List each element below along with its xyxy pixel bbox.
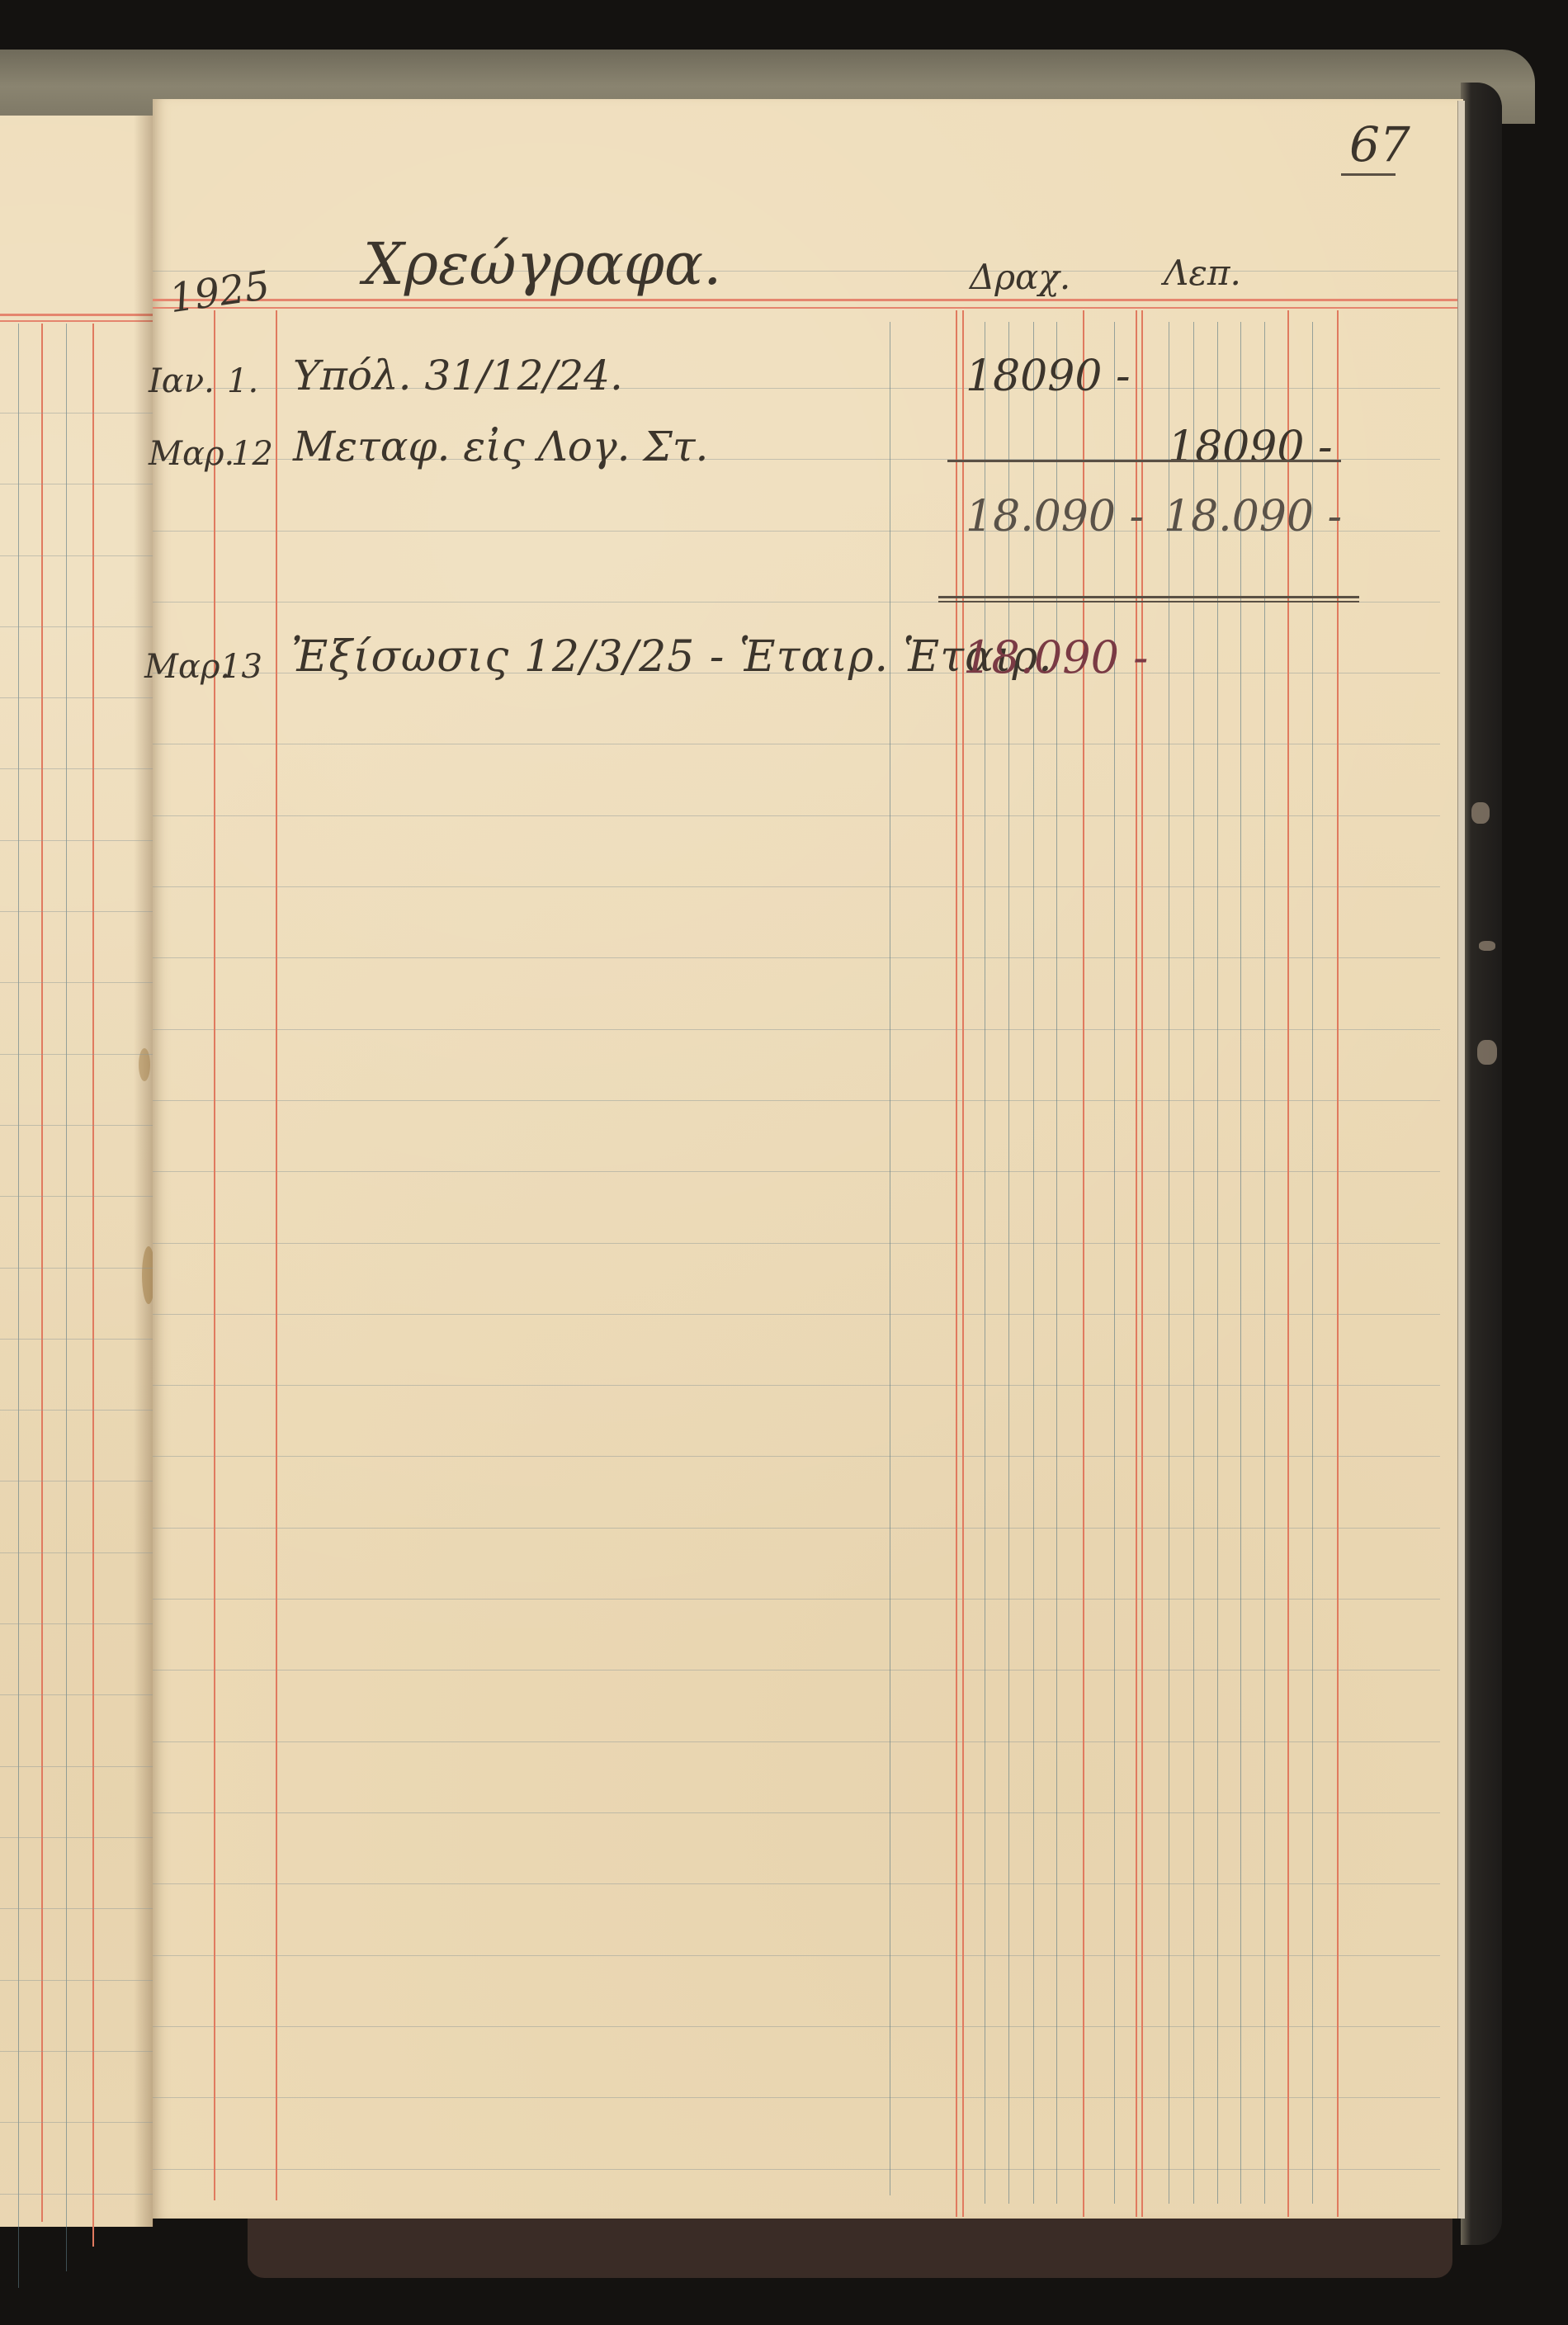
credit-digit-line xyxy=(1169,322,1169,2204)
ledger-row-line xyxy=(153,1456,1440,1457)
page-stack-edge xyxy=(1457,101,1465,2219)
left-page-column-line xyxy=(18,324,19,2288)
ledger-row-line xyxy=(153,815,1440,816)
day-column-line xyxy=(276,310,277,2200)
page-number: 67 xyxy=(1349,121,1410,168)
entry-day: 1. xyxy=(227,365,258,398)
ledger-row-line xyxy=(153,2026,1440,2027)
ledger-row-line xyxy=(0,911,153,912)
ledger-row-line xyxy=(0,2194,153,2195)
cover-wear-mark xyxy=(1479,941,1495,951)
ledger-row-line xyxy=(0,555,153,556)
ledger-row-line xyxy=(0,1694,153,1695)
page-number-underline xyxy=(1341,173,1396,176)
ledger-row-line xyxy=(0,840,153,841)
entry-description: Υπόλ. 31/12/24. xyxy=(293,355,623,396)
total-credit: 18.090 - xyxy=(1164,495,1342,538)
ledger-row-line xyxy=(153,1314,1440,1315)
page-crease-shadow xyxy=(134,116,153,2227)
ledger-row-line xyxy=(153,886,1440,887)
header-guide-line xyxy=(153,271,1463,272)
ledger-row-line xyxy=(153,744,1440,744)
ledger-row-line xyxy=(0,1837,153,1838)
total-debit: 18.090 - xyxy=(966,495,1144,538)
header-red-line xyxy=(153,307,1463,309)
subtotal-rule xyxy=(947,460,1341,462)
credit-digit-line xyxy=(1193,322,1194,2204)
closing-double-rule xyxy=(938,596,1359,598)
debit-lepta-digit-line xyxy=(1114,322,1115,2204)
ledger-row-line xyxy=(0,1980,153,1981)
credit-digit-line xyxy=(1240,322,1241,2204)
ledger-page: 67 1925 Χρεώγραφα. Δραχ. Λεπ. Ιαν. 1. Υπ… xyxy=(153,99,1463,2219)
ledger-row-line xyxy=(0,1339,153,1340)
ledger-row-line xyxy=(153,1883,1440,1884)
left-page-column-line xyxy=(66,324,67,2271)
ledger-row-line xyxy=(153,1812,1440,1813)
stain xyxy=(139,1048,150,1081)
ledger-row-line xyxy=(153,1385,1440,1386)
header-red-line xyxy=(0,320,153,322)
entry-debit-amount: 18090 - xyxy=(966,355,1131,398)
ledger-row-line xyxy=(153,1100,1440,1101)
closing-double-rule xyxy=(938,601,1359,603)
ledger-row-line xyxy=(0,1623,153,1624)
entry-credit-amount: 18090 - xyxy=(1168,426,1333,469)
cover-wear-mark xyxy=(1477,1040,1497,1065)
ledger-row-line xyxy=(153,957,1440,958)
ledger-row-line xyxy=(153,1599,1440,1600)
ledger-row-line xyxy=(153,1670,1440,1671)
ledger-row-line xyxy=(153,1955,1440,1956)
ledger-row-line xyxy=(0,1268,153,1269)
debit-digit-line xyxy=(1008,322,1009,2204)
left-page-column-line xyxy=(41,324,43,2222)
ledger-row-line xyxy=(0,1481,153,1481)
description-column-line xyxy=(890,322,890,2195)
ledger-row-line xyxy=(153,1741,1440,1742)
drachmas-column-header: Δραχ. xyxy=(970,260,1070,295)
ledger-row-line xyxy=(0,1196,153,1197)
ledger-row-line xyxy=(0,1054,153,1055)
book-spine-edge xyxy=(1461,83,1502,2245)
book-cover-bottom xyxy=(248,2212,1452,2278)
left-page xyxy=(0,116,153,2227)
left-page-column-line xyxy=(92,324,94,2247)
debit-digit-line xyxy=(1033,322,1034,2204)
header-red-line xyxy=(0,314,153,316)
entry-month: Μαρ. xyxy=(144,650,230,683)
debit-digit-line xyxy=(985,322,985,2204)
cover-wear-mark xyxy=(1471,802,1490,824)
entry-day: 13 xyxy=(220,650,262,683)
credit-lepta-digit-line xyxy=(1312,322,1313,2204)
ledger-row-line xyxy=(0,1908,153,1909)
ledger-row-line xyxy=(0,982,153,983)
ledger-row-line xyxy=(153,2169,1440,2170)
ledger-row-line xyxy=(153,1243,1440,1244)
ledger-year: 1925 xyxy=(167,266,272,319)
ledger-row-line xyxy=(0,413,153,413)
ledger-row-line xyxy=(0,2051,153,2052)
ledger-row-line xyxy=(0,484,153,484)
entry-month: Μαρ. xyxy=(149,437,234,470)
ledger-row-line xyxy=(0,768,153,769)
ledger-row-line xyxy=(0,1410,153,1411)
ledger-row-line xyxy=(0,697,153,698)
entry-day: 12 xyxy=(231,437,273,470)
ledger-row-line xyxy=(0,1766,153,1767)
ledger-row-line xyxy=(153,1528,1440,1529)
lepta-column-header: Λεπ. xyxy=(1164,256,1241,291)
month-column-line xyxy=(214,310,215,2200)
ledger-row-line xyxy=(153,1029,1440,1030)
credit-digit-line xyxy=(1217,322,1218,2204)
ledger-row-line xyxy=(0,1125,153,1126)
ledger-row-line xyxy=(0,626,153,627)
entry-description: Μεταφ. εἰς Λογ. Στ. xyxy=(293,426,708,467)
ledger-row-line xyxy=(153,2097,1440,2098)
ledger-row-line xyxy=(0,1552,153,1553)
debit-digit-line xyxy=(1056,322,1057,2204)
ledger-row-line xyxy=(153,1171,1440,1172)
ledger-row-line xyxy=(0,2122,153,2123)
header-red-line xyxy=(153,299,1463,301)
credit-digit-line xyxy=(1264,322,1265,2204)
balance-amount: 18.090 - xyxy=(963,636,1148,680)
entry-month: Ιαν. xyxy=(149,365,215,398)
entry-description: Ἐξίσωσις 12/3/25 - Ἑταιρ. Ἑταιρ. xyxy=(291,636,1053,678)
account-title: Χρεώγραφα. xyxy=(363,235,721,293)
